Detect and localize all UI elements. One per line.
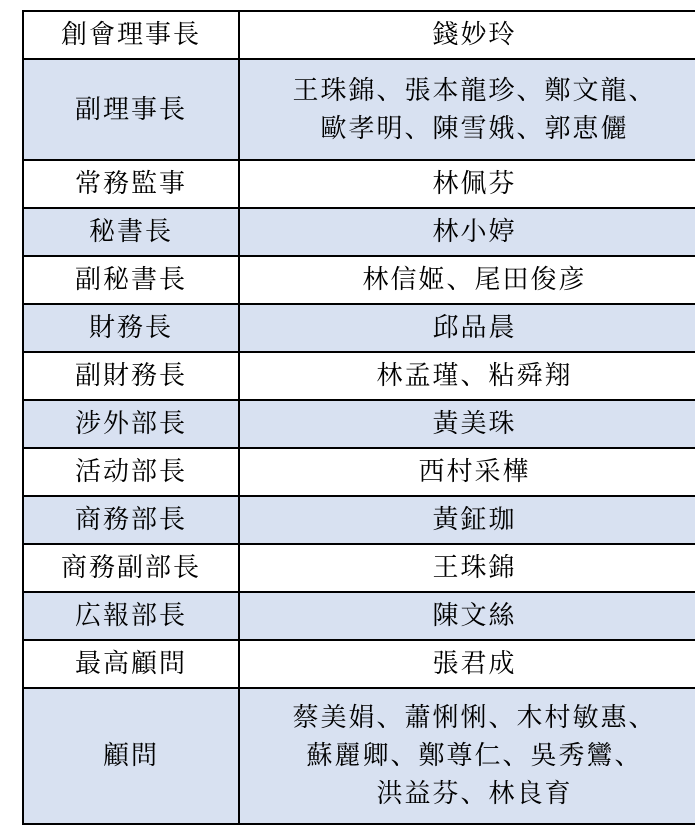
table-row: 副財務長 林孟瑾、粘舜翔 [23,352,695,400]
names-cell: 黃鉦珈 [239,496,695,544]
role-cell: 副理事長 [23,59,239,160]
table-row: 秘書長 林小婷 [23,208,695,256]
table-row: 創會理事長 錢妙玲 [23,11,695,59]
table-row: 活动部長 西村采樺 [23,448,695,496]
role-cell: 商務副部長 [23,544,239,592]
table-row: 顧問 蔡美娟、蕭悧悧、木村敏惠、 蘇麗卿、鄭尊仁、吳秀鸞、 洪益芬、林良育 [23,688,695,824]
role-cell: 最高顧問 [23,640,239,688]
names-cell: 林小婷 [239,208,695,256]
table-row: 常務監事 林佩芬 [23,160,695,208]
org-roster: 創會理事長 錢妙玲 副理事長 王珠錦、張本龍珍、鄭文龍、 歐孝明、陳雪娥、郭恵儷… [22,10,695,825]
names-cell: 王珠錦、張本龍珍、鄭文龍、 歐孝明、陳雪娥、郭恵儷 [239,59,695,160]
names-cell: 蔡美娟、蕭悧悧、木村敏惠、 蘇麗卿、鄭尊仁、吳秀鸞、 洪益芬、林良育 [239,688,695,824]
table-row: 副秘書長 林信姬、尾田俊彦 [23,256,695,304]
role-cell: 常務監事 [23,160,239,208]
table-row: 商務部長 黃鉦珈 [23,496,695,544]
table-row: 財務長 邱品晨 [23,304,695,352]
names-cell: 黃美珠 [239,400,695,448]
table-row: 最高顧問 張君成 [23,640,695,688]
names-cell: 林信姬、尾田俊彦 [239,256,695,304]
role-cell: 副財務長 [23,352,239,400]
role-cell: 秘書長 [23,208,239,256]
names-cell: 林佩芬 [239,160,695,208]
role-cell: 創會理事長 [23,11,239,59]
table-row: 広報部長 陳文絲 [23,592,695,640]
names-cell: 林孟瑾、粘舜翔 [239,352,695,400]
role-cell: 副秘書長 [23,256,239,304]
names-cell: 邱品晨 [239,304,695,352]
names-cell: 陳文絲 [239,592,695,640]
names-cell: 王珠錦 [239,544,695,592]
role-cell: 広報部長 [23,592,239,640]
names-cell: 西村采樺 [239,448,695,496]
table-row: 涉外部長 黃美珠 [23,400,695,448]
role-cell: 財務長 [23,304,239,352]
names-cell: 張君成 [239,640,695,688]
role-cell: 顧問 [23,688,239,824]
table-row: 商務副部長 王珠錦 [23,544,695,592]
table-row: 副理事長 王珠錦、張本龍珍、鄭文龍、 歐孝明、陳雪娥、郭恵儷 [23,59,695,160]
role-cell: 活动部長 [23,448,239,496]
role-cell: 商務部長 [23,496,239,544]
org-table: 創會理事長 錢妙玲 副理事長 王珠錦、張本龍珍、鄭文龍、 歐孝明、陳雪娥、郭恵儷… [22,10,695,825]
role-cell: 涉外部長 [23,400,239,448]
names-cell: 錢妙玲 [239,11,695,59]
